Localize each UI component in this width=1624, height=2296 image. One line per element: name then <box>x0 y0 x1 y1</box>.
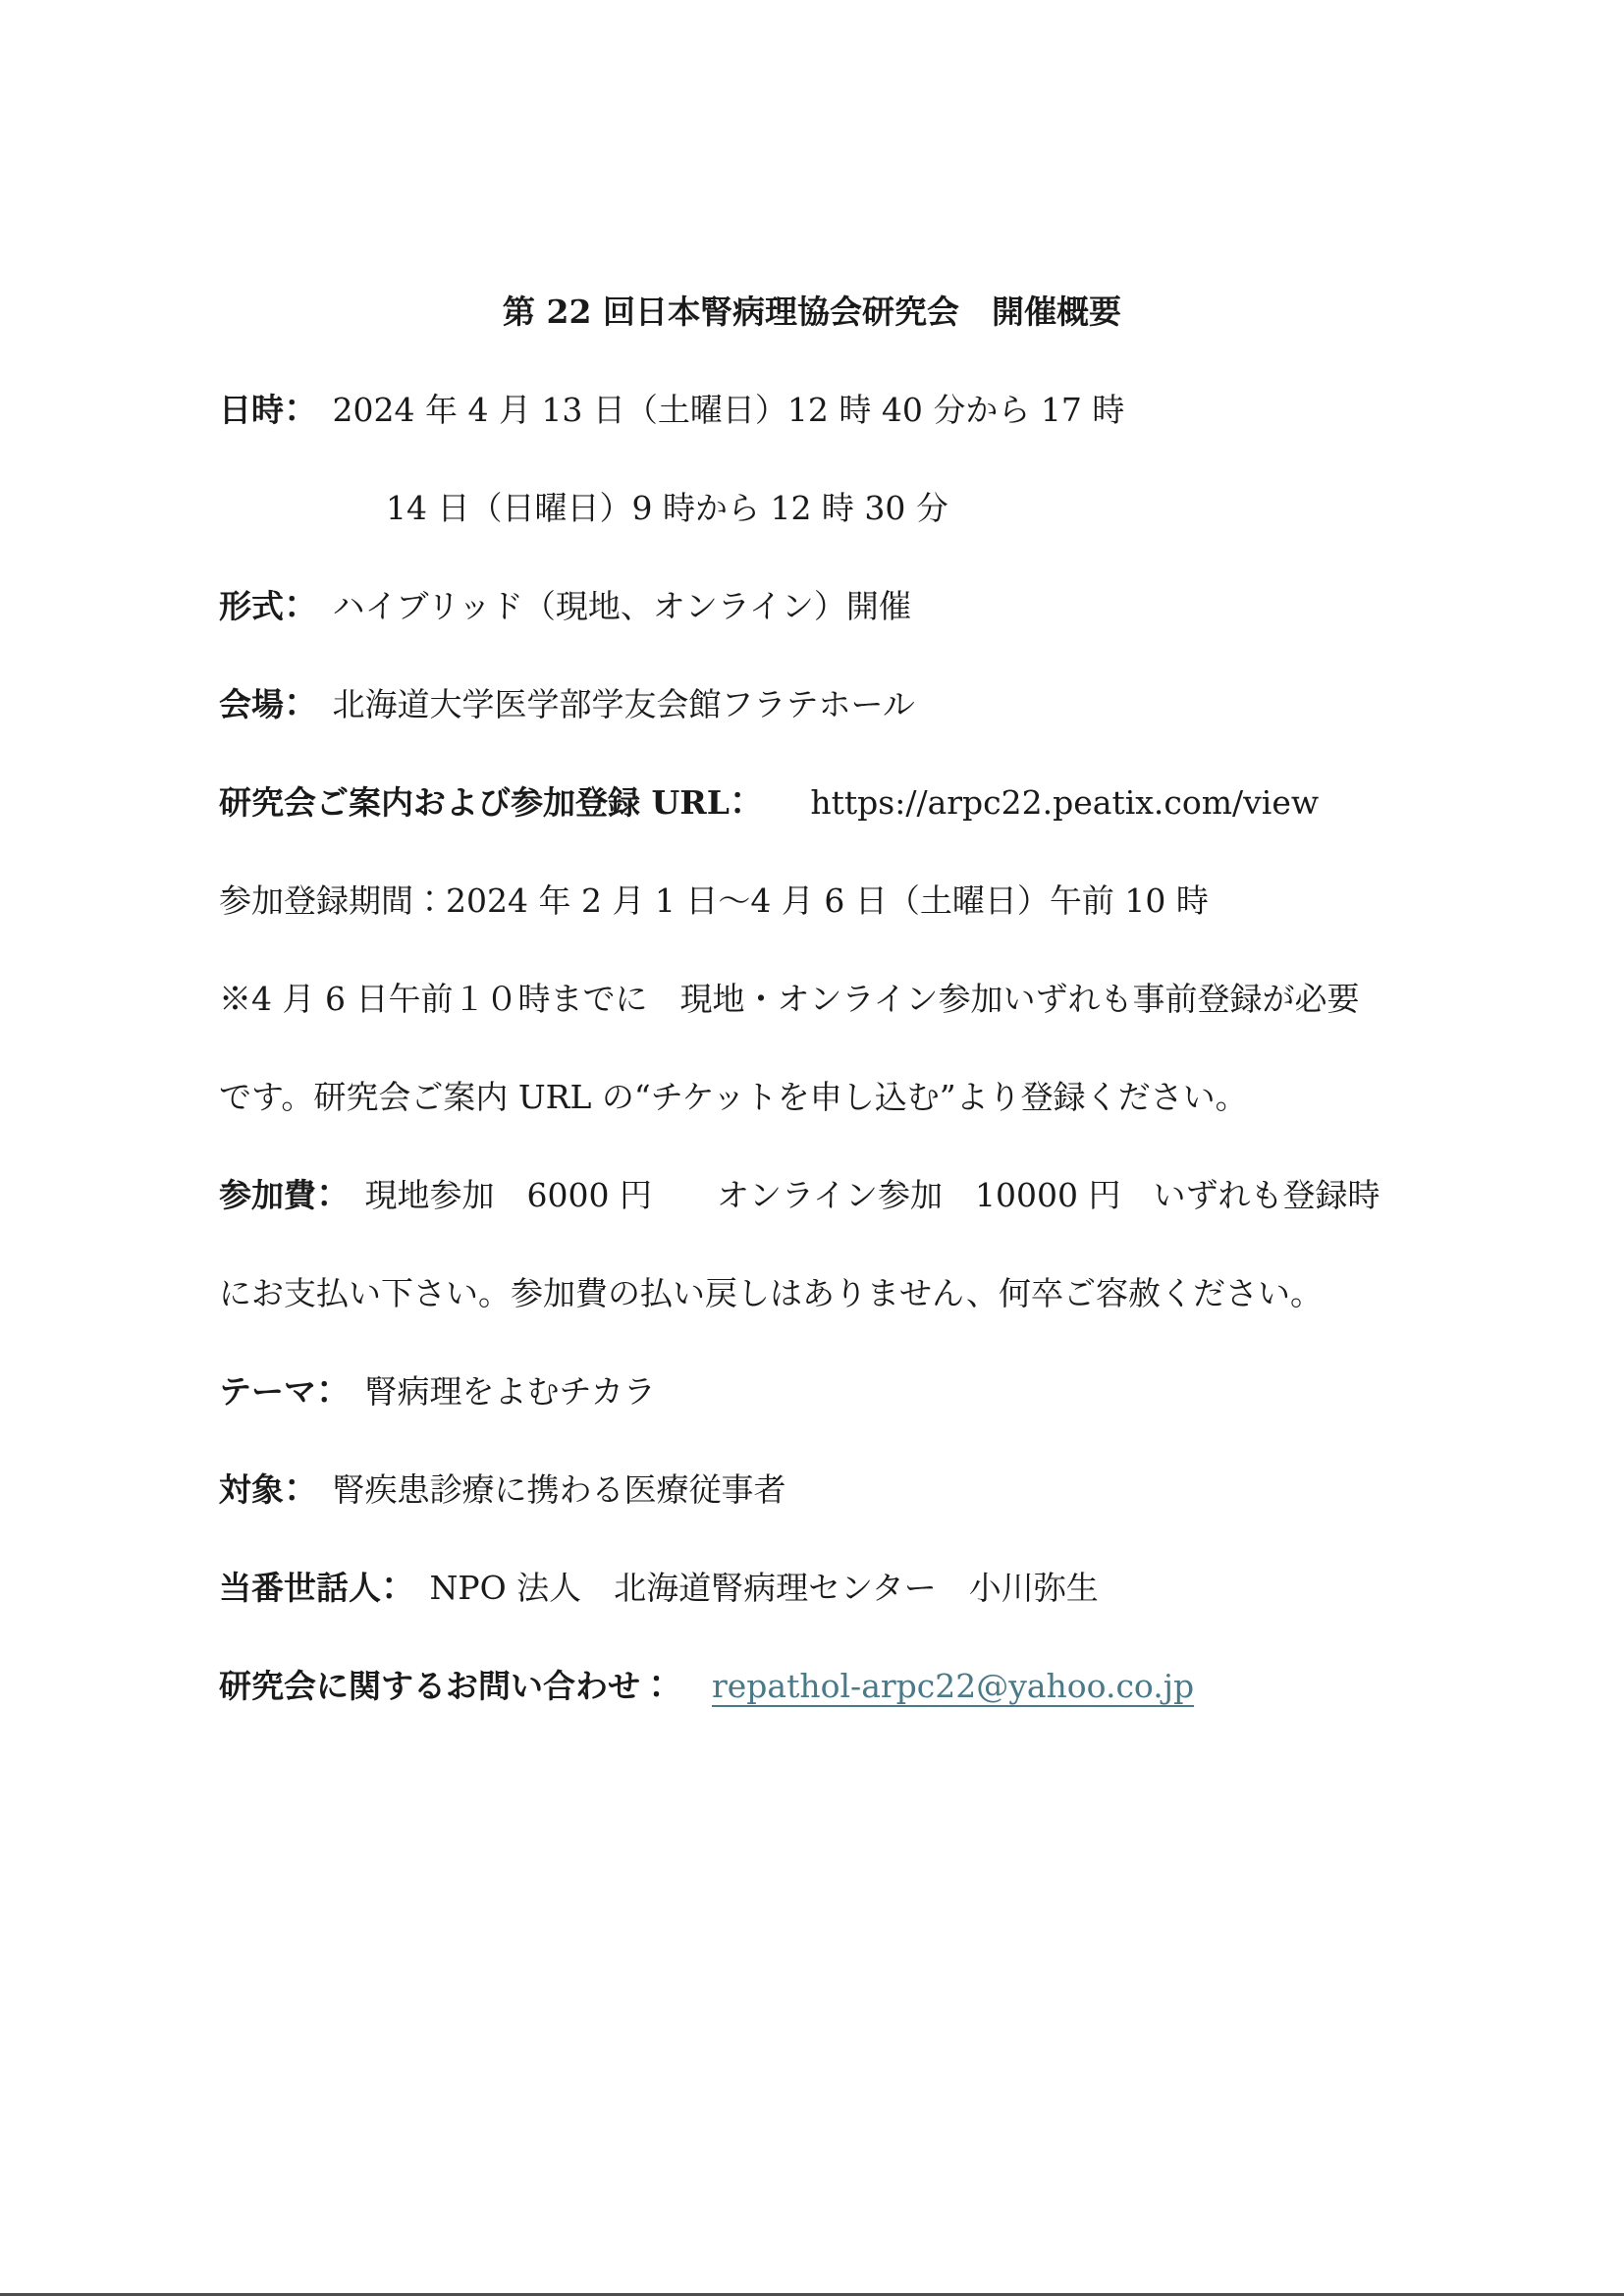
line-organizer: 当番世話人： NPO 法人 北海道腎病理センター 小川弥生 <box>219 1539 1477 1637</box>
value-datetime-day1: 2024 年 4 月 13 日（土曜日）12 時 40 分から 17 時 <box>300 391 1125 429</box>
value-fee-note: にお支払い下さい。参加費の払い戻しはありません、何卒ご容赦ください。 <box>219 1274 1323 1312</box>
value-registration-period: 参加登録期間：2024 年 2 月 1 日〜4 月 6 日（土曜日）午前 10 … <box>219 881 1209 920</box>
line-registration-period: 参加登録期間：2024 年 2 月 1 日〜4 月 6 日（土曜日）午前 10 … <box>219 852 1477 950</box>
document-lines: 日時： 2024 年 4 月 13 日（土曜日）12 時 40 分から 17 時… <box>0 361 1624 1735</box>
label-venue: 会場： <box>219 685 300 723</box>
line-format: 形式： ハイブリッド（現地、オンライン）開催 <box>219 558 1477 656</box>
value-format: ハイブリッド（現地、オンライン）開催 <box>300 587 911 625</box>
label-fee: 参加費： <box>219 1176 333 1214</box>
value-note-2: です。研究会ご案内 URL の“チケットを申し込む”より登録ください。 <box>219 1078 1248 1116</box>
document-title: 第 22 回日本腎病理協会研究会 開催概要 <box>0 263 1624 361</box>
line-theme: テーマ： 腎病理をよむチカラ <box>219 1343 1477 1441</box>
value-datetime-day2: 14 日（日曜日）9 時から 12 時 30 分 <box>386 489 948 527</box>
value-organizer: NPO 法人 北海道腎病理センター 小川弥生 <box>398 1569 1099 1607</box>
label-audience: 対象： <box>219 1470 300 1509</box>
value-venue: 北海道大学医学部学友会館フラテホール <box>300 685 915 723</box>
value-fee: 現地参加 6000 円 オンライン参加 10000 円 いずれも登録時 <box>333 1176 1380 1214</box>
document-page: 第 22 回日本腎病理協会研究会 開催概要 日時： 2024 年 4 月 13 … <box>0 0 1624 2296</box>
label-contact: 研究会に関するお問い合わせ： <box>219 1667 673 1705</box>
line-contact: 研究会に関するお問い合わせ：repathol-arpc22@yahoo.co.j… <box>219 1637 1477 1735</box>
line-fee: 参加費： 現地参加 6000 円 オンライン参加 10000 円 いずれも登録時 <box>219 1147 1477 1245</box>
label-organizer: 当番世話人： <box>219 1569 398 1607</box>
line-fee-note: にお支払い下さい。参加費の払い戻しはありません、何卒ご容赦ください。 <box>219 1245 1477 1343</box>
line-audience: 対象： 腎疾患診療に携わる医療従事者 <box>219 1441 1477 1539</box>
label-datetime: 日時： <box>219 391 300 429</box>
line-venue: 会場： 北海道大学医学部学友会館フラテホール <box>219 656 1477 754</box>
label-theme: テーマ： <box>219 1372 333 1411</box>
line-note-2: です。研究会ご案内 URL の“チケットを申し込む”より登録ください。 <box>219 1048 1477 1147</box>
line-datetime-day2: 14 日（日曜日）9 時から 12 時 30 分 <box>219 459 1477 558</box>
document-body: 第 22 回日本腎病理協会研究会 開催概要 日時： 2024 年 4 月 13 … <box>0 0 1624 1735</box>
contact-email-link[interactable]: repathol-arpc22@yahoo.co.jp <box>712 1667 1194 1705</box>
line-note-1: ※4 月 6 日午前１０時までに 現地・オンライン参加いずれも事前登録が必要 <box>219 950 1477 1048</box>
value-theme: 腎病理をよむチカラ <box>333 1372 656 1411</box>
label-registration-url: 研究会ご案内および参加登録 URL： <box>219 783 745 822</box>
line-registration-url: 研究会ご案内および参加登録 URL： https://arpc22.peatix… <box>219 754 1477 852</box>
label-format: 形式： <box>219 587 300 625</box>
value-audience: 腎疾患診療に携わる医療従事者 <box>300 1470 786 1509</box>
value-note-1: ※4 月 6 日午前１０時までに 現地・オンライン参加いずれも事前登録が必要 <box>219 980 1359 1018</box>
line-datetime: 日時： 2024 年 4 月 13 日（土曜日）12 時 40 分から 17 時 <box>219 361 1477 459</box>
registration-url-text: https://arpc22.peatix.com/view <box>745 783 1319 822</box>
